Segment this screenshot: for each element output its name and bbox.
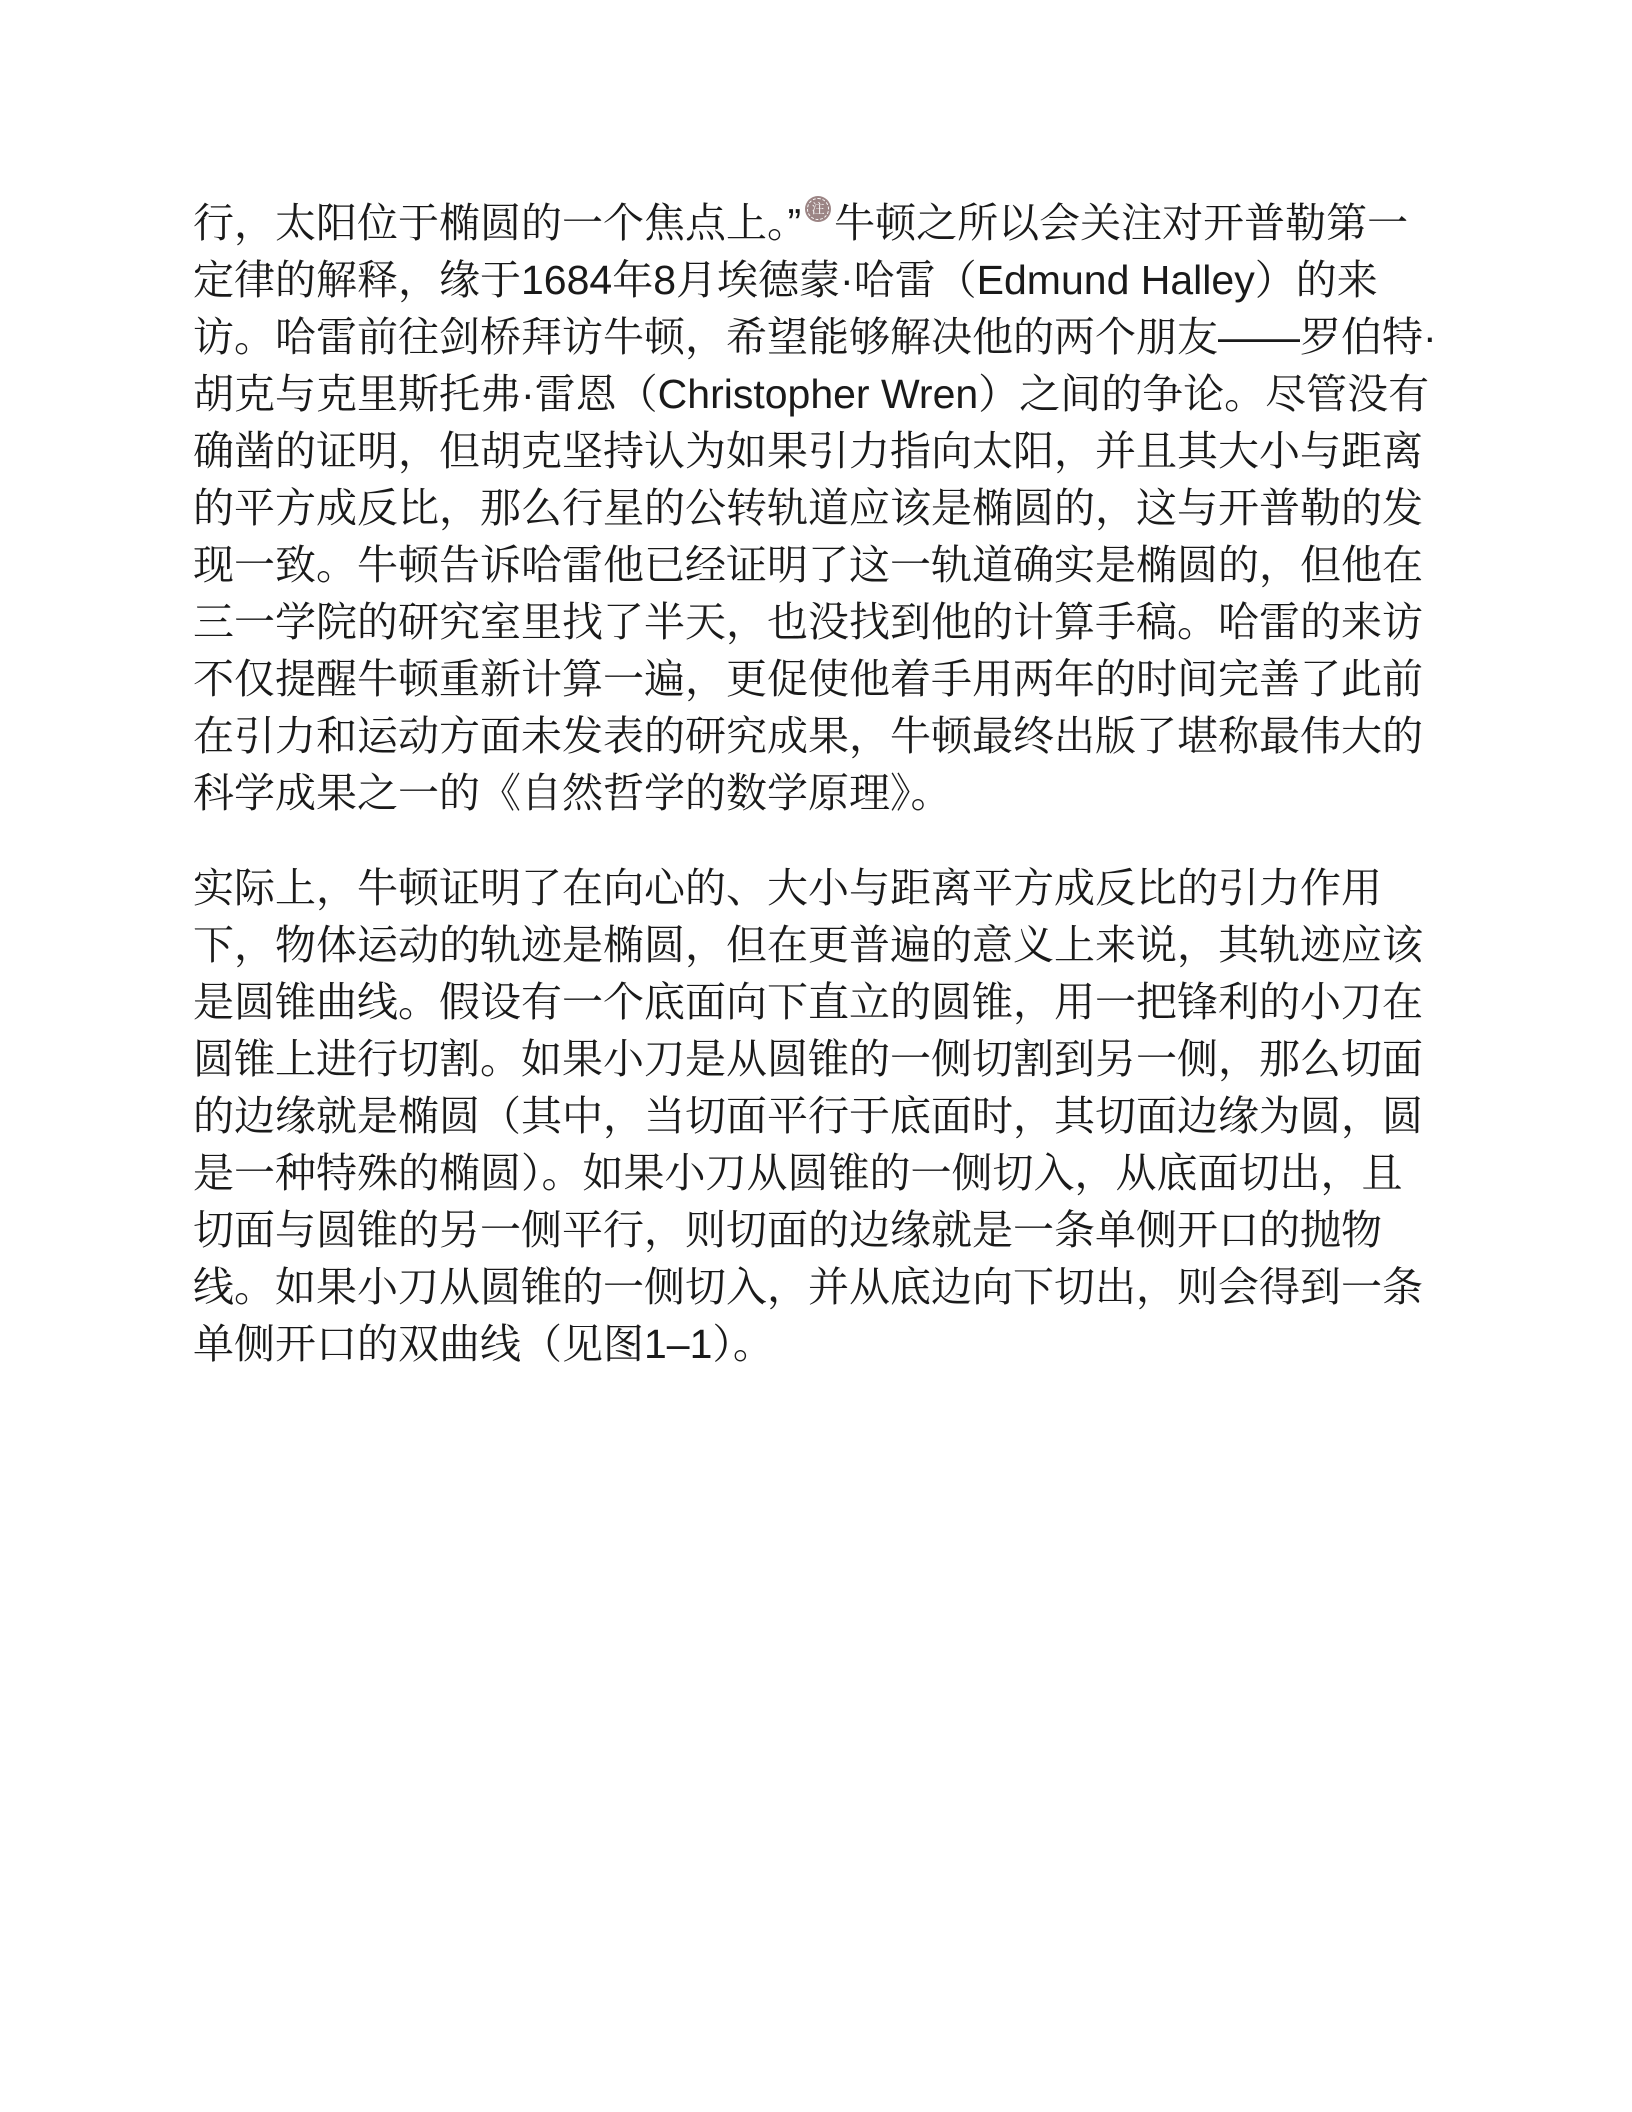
text-line: 的边缘就是椭圆（其中，当切面平行于底面时，其切面边缘为圆，圆 (193, 1088, 1437, 1145)
text-line: 的平方成反比，那么行星的公转轨道应该是椭圆的，这与开普勒的发 (193, 480, 1437, 537)
text-line: 是一种特殊的椭圆）。如果小刀从圆锥的一侧切入，从底面切出，且 (193, 1145, 1437, 1202)
footnote-note-badge[interactable]: 注 (805, 196, 831, 222)
text-line: 科学成果之一的《自然哲学的数学原理》。 (193, 765, 1437, 822)
text-line: 行，太阳位于椭圆的一个焦点上。”注牛顿之所以会关注对开普勒第一 (193, 195, 1437, 252)
text-line: 圆锥上进行切割。如果小刀是从圆锥的一侧切割到另一侧，那么切面 (193, 1031, 1437, 1088)
text-line: 胡克与克里斯托弗·雷恩（Christopher Wren）之间的争论。尽管没有 (193, 366, 1437, 423)
text-line: 实际上，牛顿证明了在向心的、大小与距离平方成反比的引力作用 (193, 860, 1437, 917)
text-line: 线。如果小刀从圆锥的一侧切入，并从底边向下切出，则会得到一条 (193, 1259, 1437, 1316)
text-line: 三一学院的研究室里找了半天，也没找到他的计算手稿。哈雷的来访 (193, 594, 1437, 651)
text-line: 现一致。牛顿告诉哈雷他已经证明了这一轨道确实是椭圆的，但他在 (193, 537, 1437, 594)
text-line: 定律的解释，缘于1684年8月埃德蒙·哈雷（Edmund Halley）的来 (193, 252, 1437, 309)
text-line: 在引力和运动方面未发表的研究成果，牛顿最终出版了堪称最伟大的 (193, 708, 1437, 765)
page-content: 行，太阳位于椭圆的一个焦点上。”注牛顿之所以会关注对开普勒第一 定律的解释，缘于… (193, 195, 1437, 1373)
text-line: 切面与圆锥的另一侧平行，则切面的边缘就是一条单侧开口的抛物 (193, 1202, 1437, 1259)
text-line: 是圆锥曲线。假设有一个底面向下直立的圆锥，用一把锋利的小刀在 (193, 974, 1437, 1031)
text-line: 单侧开口的双曲线（见图1–1）。 (193, 1316, 1437, 1373)
text-segment: 牛顿之所以会关注对开普勒第一 (834, 200, 1408, 246)
text-line: 确凿的证明，但胡克坚持认为如果引力指向太阳，并且其大小与距离 (193, 423, 1437, 480)
paragraph-1: 行，太阳位于椭圆的一个焦点上。”注牛顿之所以会关注对开普勒第一 定律的解释，缘于… (193, 195, 1437, 822)
text-line: 访。哈雷前往剑桥拜访牛顿，希望能够解决他的两个朋友——罗伯特· (193, 309, 1437, 366)
paragraph-2: 实际上，牛顿证明了在向心的、大小与距离平方成反比的引力作用 下，物体运动的轨迹是… (193, 860, 1437, 1373)
text-line: 下，物体运动的轨迹是椭圆，但在更普遍的意义上来说，其轨迹应该 (193, 917, 1437, 974)
text-segment: 行，太阳位于椭圆的一个焦点上。” (193, 200, 801, 246)
footnote-note-label: 注 (807, 198, 829, 220)
text-line: 不仅提醒牛顿重新计算一遍，更促使他着手用两年的时间完善了此前 (193, 651, 1437, 708)
